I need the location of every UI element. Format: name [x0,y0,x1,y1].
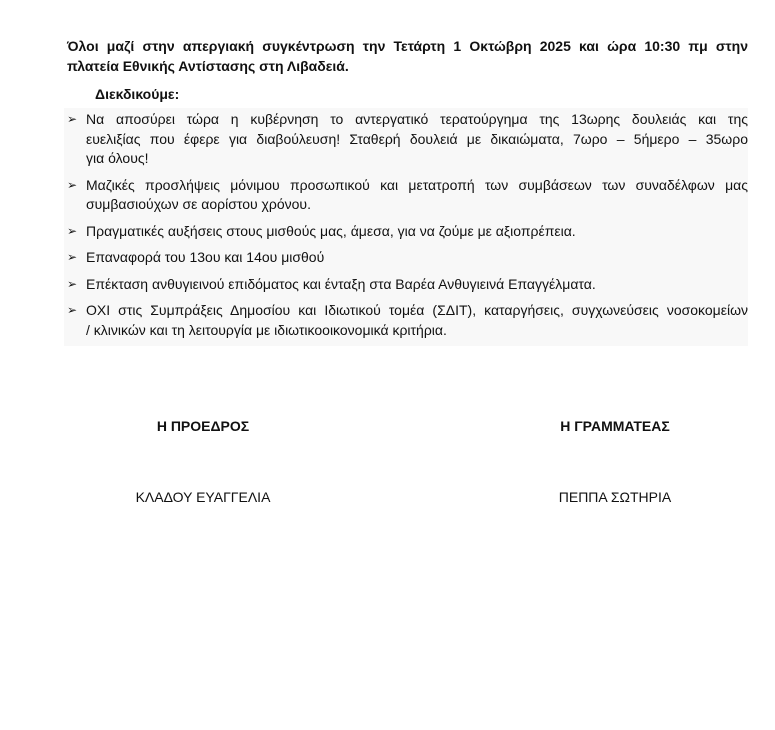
arrowhead-bullet-icon: ➢ [67,222,81,242]
claim-line: ευελιξίας που έφερε για διαβούλευση! Στα… [86,130,748,150]
arrowhead-bullet-icon: ➢ [67,301,81,321]
claims-list: ➢ Να αποσύρει τώρα η κυβέρνηση το αντεργ… [67,110,748,347]
claim-line: για όλους! [86,149,748,169]
claims-heading: Διεκδικούμε: [95,85,179,103]
claim-line: Να αποσύρει τώρα η κυβέρνηση το αντεργατ… [86,110,748,130]
intro-line: Όλοι μαζί στην απεργιακή συγκέντρωση την… [67,36,748,56]
intro-paragraph: Όλοι μαζί στην απεργιακή συγκέντρωση την… [67,36,748,76]
claim-line: Μαζικές προσλήψεις μόνιμου προσωπικού κα… [86,176,748,196]
claim-item: ➢ Επαναφορά του 13ου και 14ου μισθού [67,248,748,268]
claim-line: Επέκταση ανθυγιεινού επιδόματος και έντα… [86,275,748,295]
claim-item: ➢ Επέκταση ανθυγιεινού επιδόματος και έν… [67,275,748,295]
arrowhead-bullet-icon: ➢ [67,110,81,130]
arrowhead-bullet-icon: ➢ [67,248,81,268]
intro-line: πλατεία Εθνικής Αντίστασης στη Λιβαδειά. [67,56,748,76]
claim-item: ➢ ΟΧΙ στις Συμπράξεις Δημοσίου και Ιδιωτ… [67,301,748,340]
secretary-name: ΠΕΠΠΑ ΣΩΤΗΡΙΑ [505,488,725,506]
claim-line: / κλινικών και τη λειτουργία με ιδιωτικο… [86,321,748,341]
claim-line: Πραγματικές αυξήσεις στους μισθούς μας, … [86,222,748,242]
arrowhead-bullet-icon: ➢ [67,176,81,196]
president-title: Η ΠΡΟΕΔΡΟΣ [93,417,313,435]
claim-line: ΟΧΙ στις Συμπράξεις Δημοσίου και Ιδιωτικ… [86,301,748,321]
secretary-title: Η ΓΡΑΜΜΑΤΕΑΣ [505,417,725,435]
arrowhead-bullet-icon: ➢ [67,275,81,295]
president-name: ΚΛΑΔΟΥ ΕΥΑΓΓΕΛΙΑ [93,488,313,506]
claim-item: ➢ Μαζικές προσλήψεις μόνιμου προσωπικού … [67,176,748,215]
claim-line: Επαναφορά του 13ου και 14ου μισθού [86,248,748,268]
claim-item: ➢ Πραγματικές αυξήσεις στους μισθούς μας… [67,222,748,242]
document-page: Όλοι μαζί στην απεργιακή συγκέντρωση την… [0,0,775,730]
claim-item: ➢ Να αποσύρει τώρα η κυβέρνηση το αντεργ… [67,110,748,169]
claim-line: συμβασιούχων σε αορίστου χρόνου. [86,195,748,215]
